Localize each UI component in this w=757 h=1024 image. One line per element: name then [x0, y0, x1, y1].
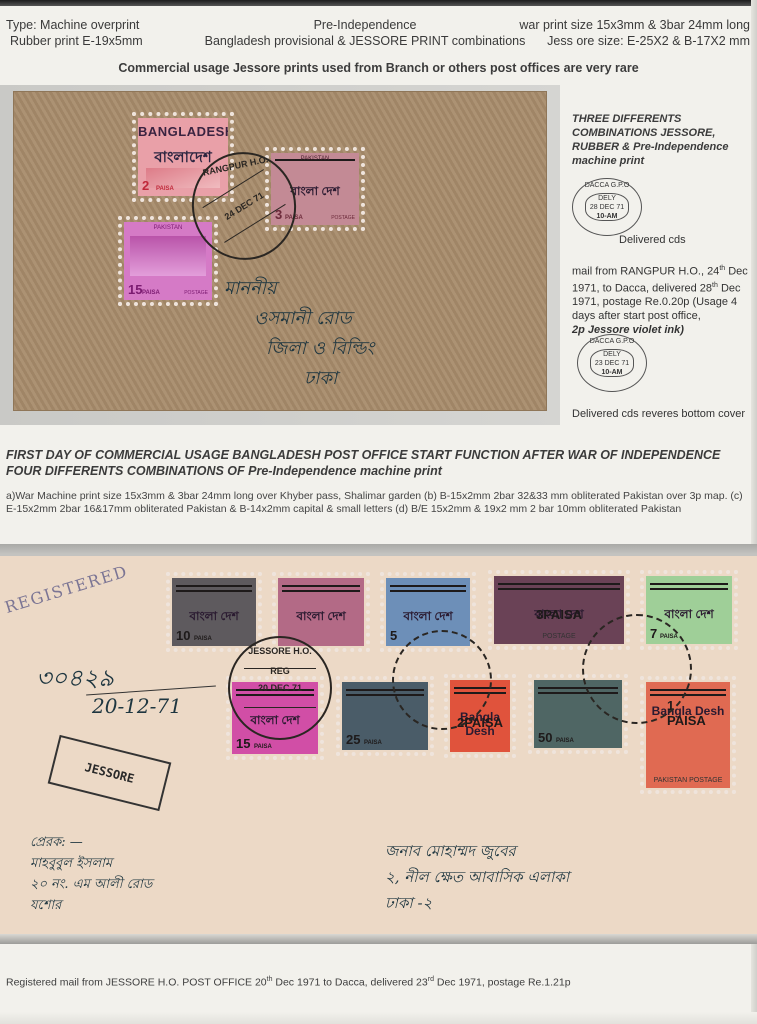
cover2-caption: Registered mail from JESSORE H.O. POST O… — [6, 976, 571, 989]
jessore-reg-postmark-1: JESSORE H.O. 20 DEC 71 REG — [228, 636, 332, 740]
stamp-row1-1: বাংলা দেশ10PAISA — [166, 572, 262, 652]
delivered-cds-caption: Delivered cds — [619, 233, 757, 247]
cover1-envelope: BANGLADESH বাংলাদেশ 2 PAISA PAKISTAN বাং… — [14, 92, 546, 410]
delivered-cds-1: DACCA G.P.O DELY 28 DEC 71 10-AM — [572, 178, 642, 236]
cover1-address: মাননীয় ওসমানী রোড জিলা ও বিল্ডিং ঢাকা — [224, 274, 374, 394]
jessore-reg-postmark-3 — [582, 614, 692, 724]
stamp-value: 50 — [538, 730, 552, 745]
delivered-cds-2: DACCA G.P.O DELY 23 DEC 71 10-AM — [577, 334, 647, 392]
cover1-description: mail from RANGPUR H.O., 24th Dec 1971, t… — [572, 262, 754, 337]
stamp-value: 10 — [176, 628, 190, 643]
side-title: THREE DIFFERENTS COMBINATIONS JESSORE, R… — [572, 112, 754, 168]
stamp-value: 25 — [346, 732, 360, 747]
section2-title: FIRST DAY OF COMMERCIAL USAGE BANGLADESH… — [6, 447, 720, 479]
header-right: war print size 15x3mm & 3bar 24mm long J… — [518, 17, 750, 49]
jessore-reg-postmark-2 — [392, 630, 492, 730]
header-left: Type: Machine overprint Rubber print E-1… — [6, 17, 143, 49]
stamp-value: 5 — [390, 628, 397, 643]
combination-label: Bangladesh provisional & JESSORE PRINT c… — [195, 33, 535, 49]
stamp-value: 15 — [236, 736, 250, 751]
section2-description: a)War Machine print size 15x3mm & 3bar 2… — [6, 490, 751, 516]
type-label: Type: Machine overprint — [6, 17, 143, 33]
registration-date: 20-12-71 — [92, 694, 182, 718]
stamp-value: 3PAISA — [536, 607, 582, 622]
top-border — [0, 0, 757, 6]
delivered-cds-reverse-caption: Delivered cds reveres bottom cover — [572, 407, 754, 421]
overprint: বাংলা দেশ — [278, 608, 364, 628]
war-print-size: war print size 15x3mm & 3bar 24mm long — [518, 17, 750, 33]
page-subheading: Commercial usage Jessore prints used fro… — [0, 61, 757, 75]
rubber-print-label: Rubber print E-19x5mm — [6, 33, 143, 49]
bottom-edge — [0, 1012, 757, 1024]
header-middle: Pre-Independence Bangladesh provisional … — [195, 17, 535, 49]
era-label: Pre-Independence — [195, 17, 535, 33]
jessore-size: Jess ore size: E-25X2 & B-17X2 mm — [518, 33, 750, 49]
overprint: বাংলা দেশ — [386, 608, 470, 628]
overprint: বাংলা দেশ — [172, 608, 256, 628]
recipient-address: জনাব মোহাম্মদ জুবের ২, নীল ক্ষেত আবাসিক … — [385, 838, 569, 916]
sender-address: প্রেরক: — মাহবুবুল ইসলাম ২০ নং. এম আলী র… — [30, 832, 152, 916]
